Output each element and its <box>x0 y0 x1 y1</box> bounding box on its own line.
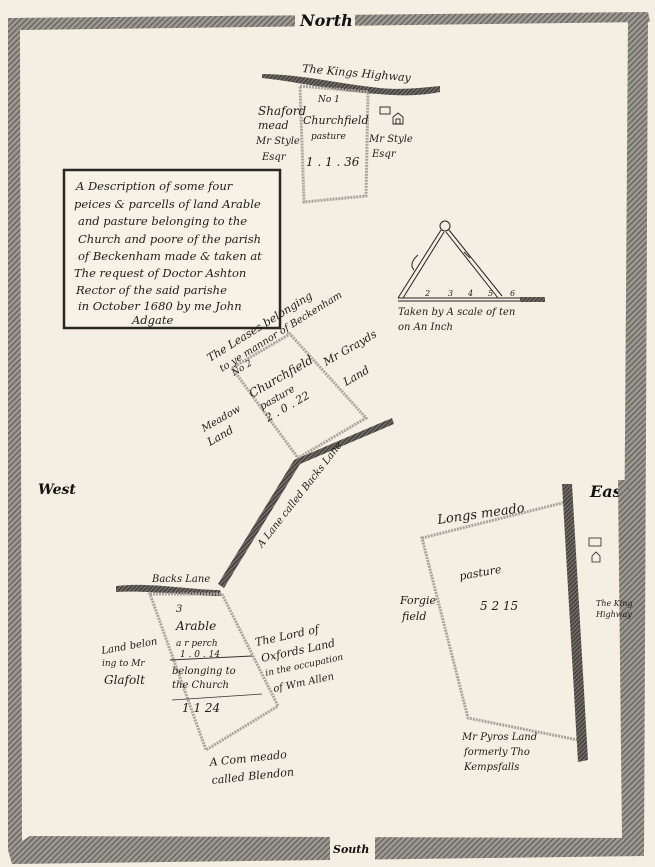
parcel-1-west-1: Shaford <box>258 104 307 118</box>
parcel-3-church-2: the Church <box>172 680 229 691</box>
parcel-4-south-1: Mr Pyros Land <box>461 732 537 743</box>
backs-lane-label: Backs Lane <box>151 574 210 585</box>
parcel-1-west-2: mead <box>258 119 289 132</box>
parcel-1-number: No 1 <box>317 95 340 105</box>
parcel-4-west-1: Forgie <box>399 594 436 607</box>
parcel-3-area-total: 1 . 0 . 14 <box>180 650 220 660</box>
parcel-1-type: pasture <box>311 132 346 142</box>
parcel-3-area-label: a r perch <box>176 639 218 649</box>
parcel-1-east-1: Mr Style <box>368 134 413 145</box>
parcel-1-west-4: Esqr <box>261 152 287 163</box>
kings-highway-east-label-1: The King <box>596 599 633 608</box>
parcel-3-west-3: Glafolt <box>104 673 145 687</box>
parcel-4-area: 5 2 15 <box>480 599 518 613</box>
parcel-4-south-2: formerly Tho <box>463 747 530 758</box>
kings-highway-east-label-2: Highway <box>595 610 632 619</box>
parcel-3-church-1: belonging to <box>172 666 236 677</box>
compass-south: South <box>333 843 369 856</box>
title-cartouche: A Description of some four peices & parc… <box>64 170 280 328</box>
parcel-4-west-2: field <box>401 610 426 623</box>
scale-caption-2: on An Inch <box>398 322 453 333</box>
parcel-3-area-church: 1 1 24 <box>182 701 220 715</box>
parcel-3-west-2: ing to Mr <box>102 659 145 669</box>
parcel-3-name: Arable <box>175 619 216 633</box>
scale-caption-1: Taken by A scale of ten <box>398 307 515 318</box>
parcel-1-east-2: Esqr <box>371 149 397 160</box>
cartouche-text: A Description of some four peices & parc… <box>74 179 265 327</box>
estate-map: North South West East The Kings Highway … <box>0 0 655 867</box>
parcel-1-area: 1 . 1 . 36 <box>306 155 360 169</box>
compass-west: West <box>38 482 76 498</box>
parcel-1-name: Churchfield <box>303 114 369 127</box>
parcel-3-number: 3 <box>176 604 182 615</box>
parcel-1-west-3: Mr Style <box>255 136 300 147</box>
parcel-4-south-3: Kempsfalls <box>463 762 519 773</box>
compass-north: North <box>299 11 353 30</box>
